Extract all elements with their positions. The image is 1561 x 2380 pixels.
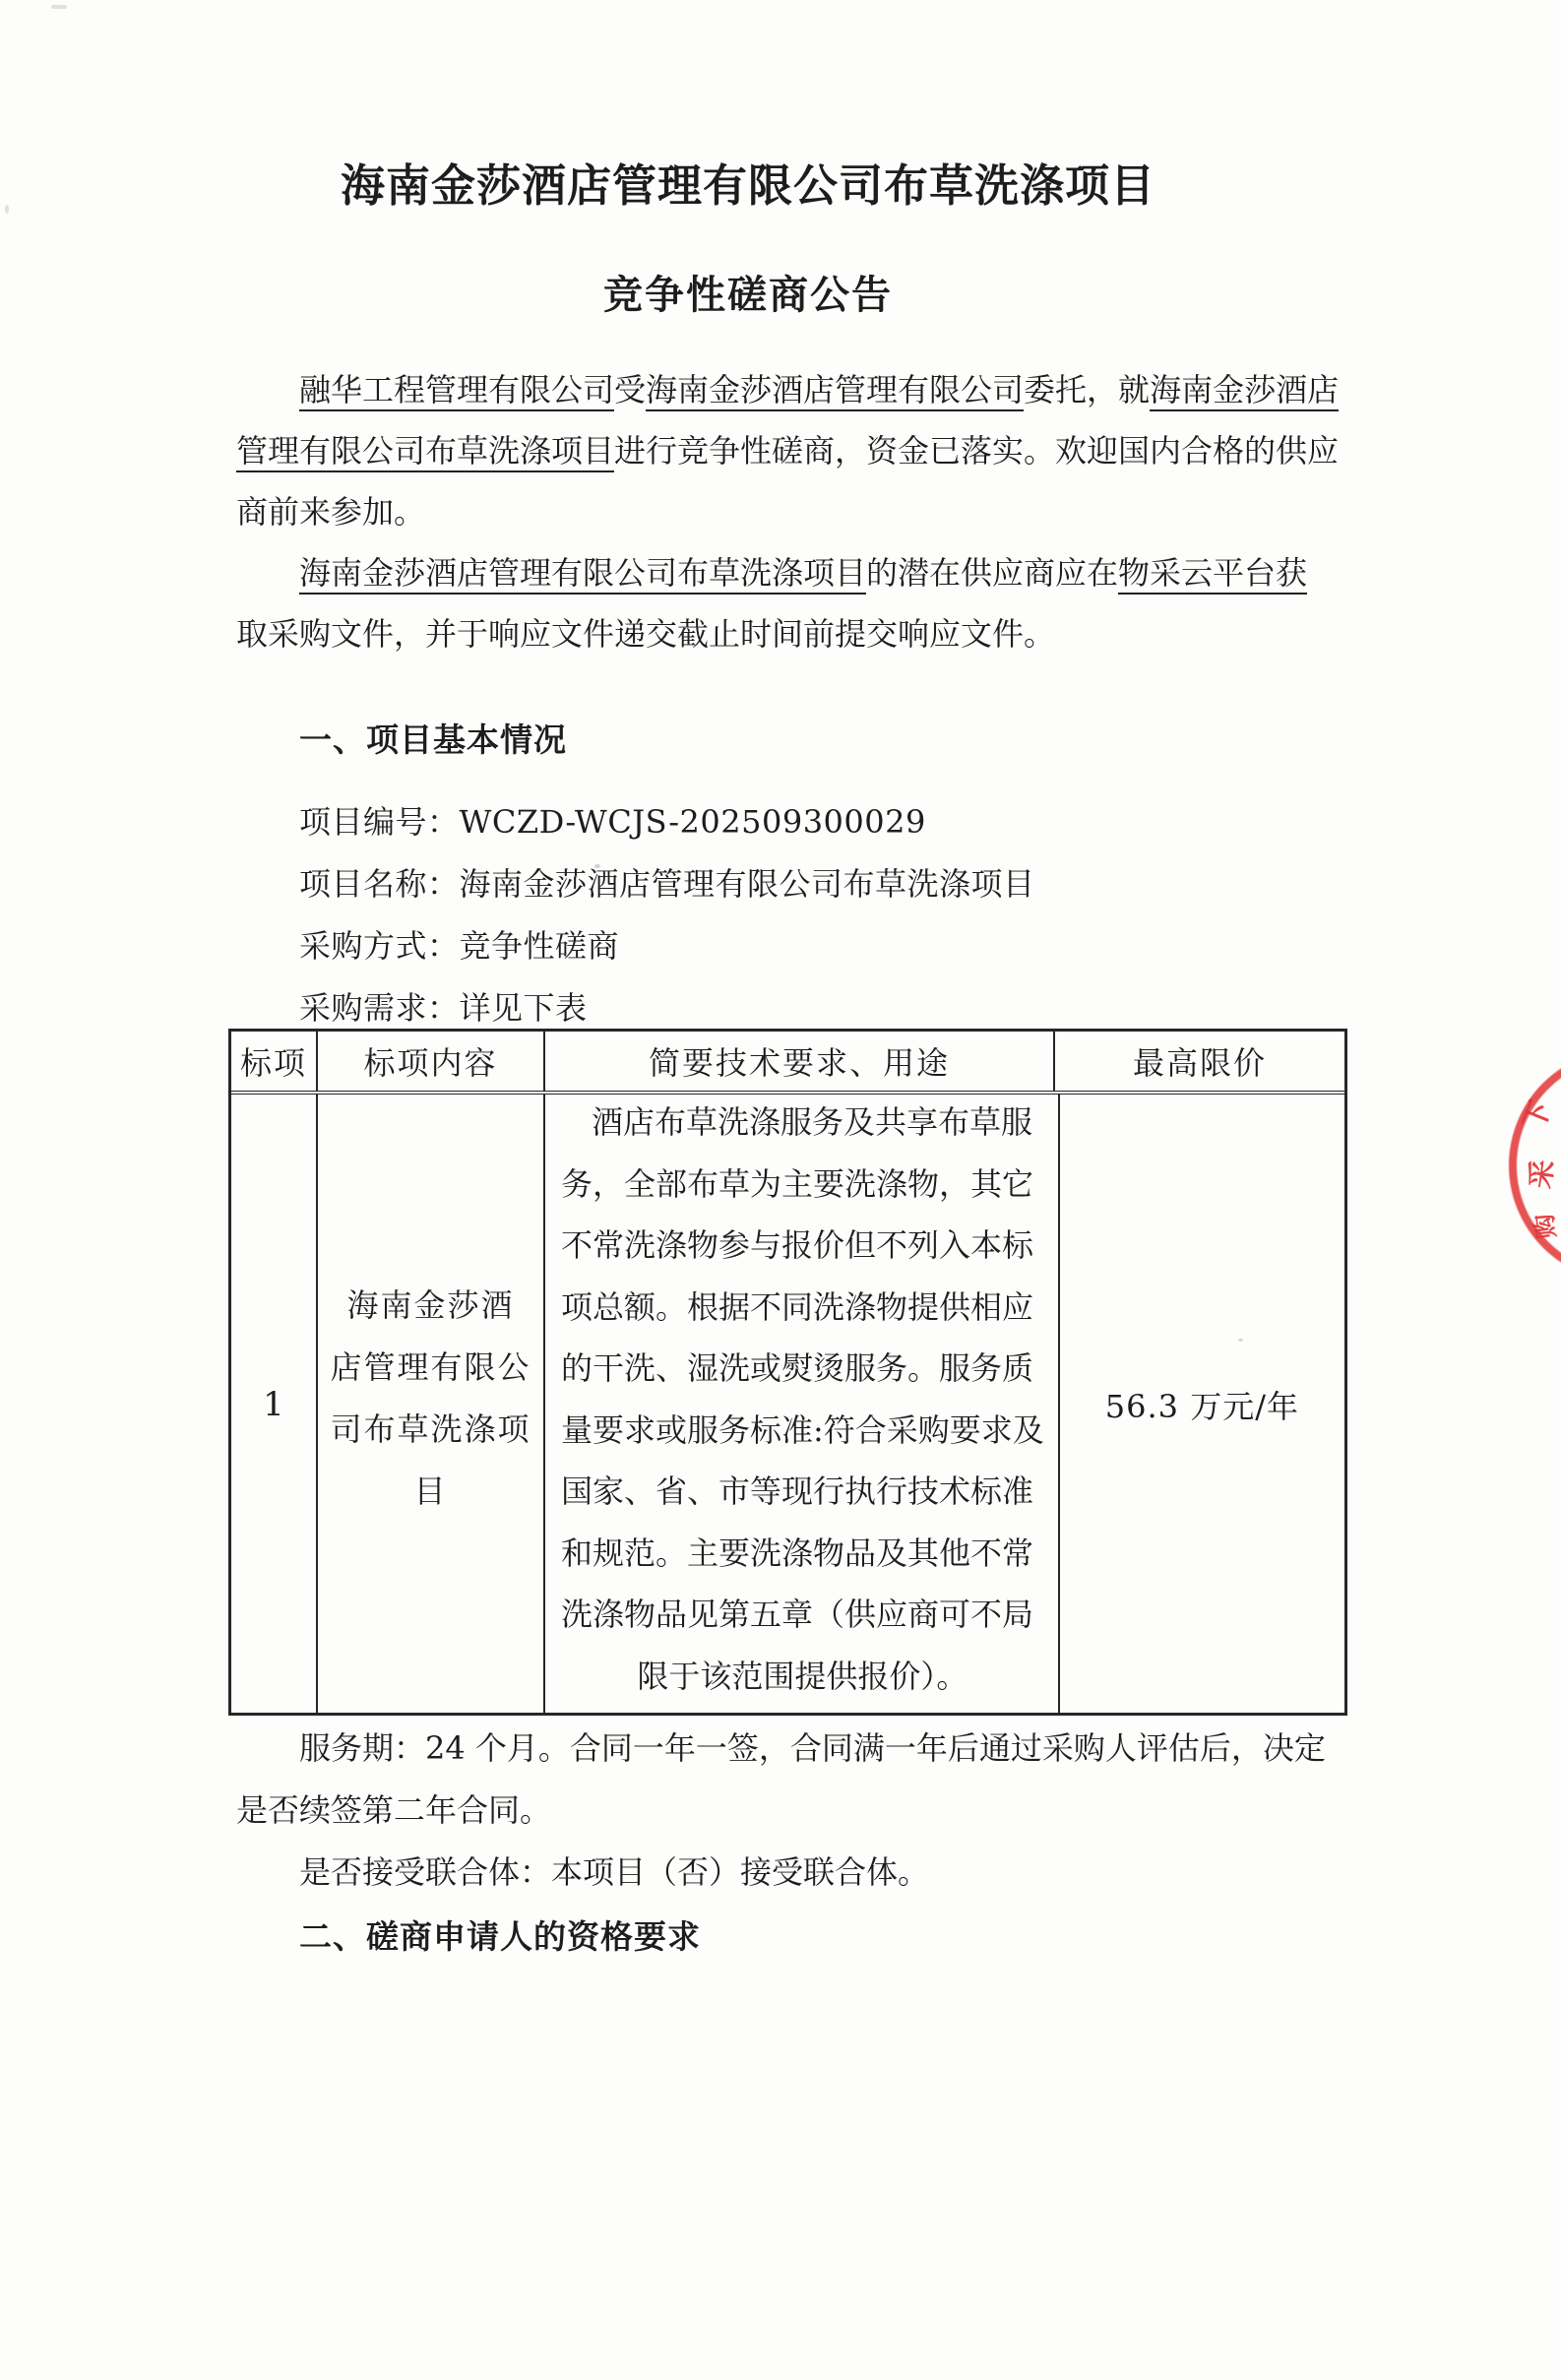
section-heading-project-basic-info: 一、项目基本情况 [299,715,567,761]
text-line: 管理有限公司布草洗涤项目进行竞争性磋商，资金已落实。欢迎国内合格的供应 [236,427,1398,488]
text-line: 的干洗、湿洗或熨烫服务。服务质 [561,1345,1044,1407]
cell-item-content: 海南金莎酒店管理有限公司布草洗涤项目 [318,1095,545,1714]
underlined-text: 管理有限公司布草洗涤项目 [236,432,614,472]
procurement-instructions-paragraph: 海南金莎酒店管理有限公司布草洗涤项目的潜在供应商应在物采云平台获取采购文件，并于… [236,549,1398,671]
table-header-row: 标项 标项内容 简要技术要求、用途 最高限价 [231,1032,1344,1095]
plain-text: 受 [614,371,646,408]
cell-item-no: 1 [231,1095,318,1714]
text-line: 商前来参加。 [236,488,1398,549]
plain-text: 取采购文件，并于响应文件递交截止时间前提交响应文件。 [236,615,1055,653]
underlined-text: 物采云平台获 [1118,554,1307,595]
service-terms-paragraph: 服务期：24 个月。合同一年一签，合同满一年后通过采购人评估后，决定是否续签第二… [236,1724,1326,1910]
page-title: 海南金莎酒店管理有限公司布草洗涤项目 [0,150,1496,214]
text-line: 是否接受联合体：本项目（否）接受联合体。 [236,1848,1326,1910]
cell-max-price: 56.3 万元/年 [1060,1095,1344,1714]
text-line: 司布草洗涤项 [318,1405,543,1467]
underlined-text: 融华工程管理有限公司 [299,371,614,411]
table-row: 1 海南金莎酒店管理有限公司布草洗涤项目 酒店布草洗涤服务及共享布草服务，全部布… [231,1095,1344,1714]
table-header-max-price: 最高限价 [1055,1032,1344,1091]
underlined-text: 海南金莎酒店管理有限公司布草洗涤项目 [299,554,866,595]
procurement-table: 标项 标项内容 简要技术要求、用途 最高限价 1 海南金莎酒店管理有限公司布草洗… [228,1029,1347,1716]
underlined-text: 海南金莎酒店管理有限公司 [646,371,1024,411]
text-line: 取采购文件，并于响应文件递交截止时间前提交响应文件。 [236,610,1398,671]
cell-tech-requirements: 酒店布草洗涤服务及共享布草服务，全部布草为主要洗涤物，其它不常洗涤物参与报价但不… [545,1095,1060,1714]
project-info-list: 项目编号：WCZD-WCJS-202509300029项目名称：海南金莎酒店管理… [299,799,1035,1047]
red-seal-character: 购 [1525,1212,1561,1241]
text-line: 海南金莎酒 [318,1281,543,1343]
text-line: 量要求或服务标准:符合采购要求及 [561,1407,1044,1469]
text-line: 目 [318,1467,543,1529]
text-line: 项目名称：海南金莎酒店管理有限公司布草洗涤项目 [299,861,1035,923]
scan-speck [594,864,600,868]
table-header-item-no: 标项 [231,1032,318,1091]
plain-text: 进行竞争性磋商，资金已落实。欢迎国内合格的供应 [614,432,1339,470]
intro-paragraph: 融华工程管理有限公司受海南金莎酒店管理有限公司委托，就海南金莎酒店管理有限公司布… [236,366,1398,549]
scan-speck [1238,1339,1243,1342]
page-subtitle: 竞争性磋商公告 [0,264,1496,320]
plain-text: 商前来参加。 [236,493,425,531]
text-line: 务，全部布草为主要洗涤物，其它 [561,1160,1044,1222]
text-line: 国家、省、市等现行执行技术标准 [561,1468,1044,1530]
text-line: 是否续签第二年合同。 [236,1786,1326,1848]
text-line: 洗涤物品见第五章（供应商可不局 [561,1591,1044,1653]
text-line: 服务期：24 个月。合同一年一签，合同满一年后通过采购人评估后，决定 [236,1724,1326,1786]
underlined-text: 海南金莎酒店 [1150,371,1339,411]
text-line: 和规范。主要洗涤物品及其他不常 [561,1530,1044,1592]
text-line: 项总额。根据不同洗涤物提供相应 [561,1284,1044,1346]
scan-speck [5,205,9,214]
scanned-document-page: { "accent_red": "#e03535", "ink_color": … [0,0,1561,2380]
text-line: 店管理有限公 [318,1343,543,1405]
text-line: 项目编号：WCZD-WCJS-202509300029 [299,799,1035,861]
plain-text: 委托，就 [1024,371,1150,408]
section-heading-applicant-qualifications: 二、磋商申请人的资格要求 [299,1911,701,1958]
table-header-tech-requirements: 简要技术要求、用途 [545,1032,1055,1091]
plain-text: 的潜在供应商应在 [866,554,1118,592]
text-line: 采购方式：竞争性磋商 [299,923,1035,985]
text-line: 融华工程管理有限公司受海南金莎酒店管理有限公司委托，就海南金莎酒店 [236,366,1398,427]
table-header-item-content: 标项内容 [318,1032,545,1091]
red-seal-character: 采 [1518,1157,1561,1190]
scan-speck [51,5,67,9]
text-line: 限于该范围提供报价）。 [561,1653,1044,1715]
text-line: 海南金莎酒店管理有限公司布草洗涤项目的潜在供应商应在物采云平台获 [236,549,1398,610]
text-line: 酒店布草洗涤服务及共享布草服 [561,1098,1044,1160]
text-line: 不常洗涤物参与报价但不列入本标 [561,1221,1044,1284]
